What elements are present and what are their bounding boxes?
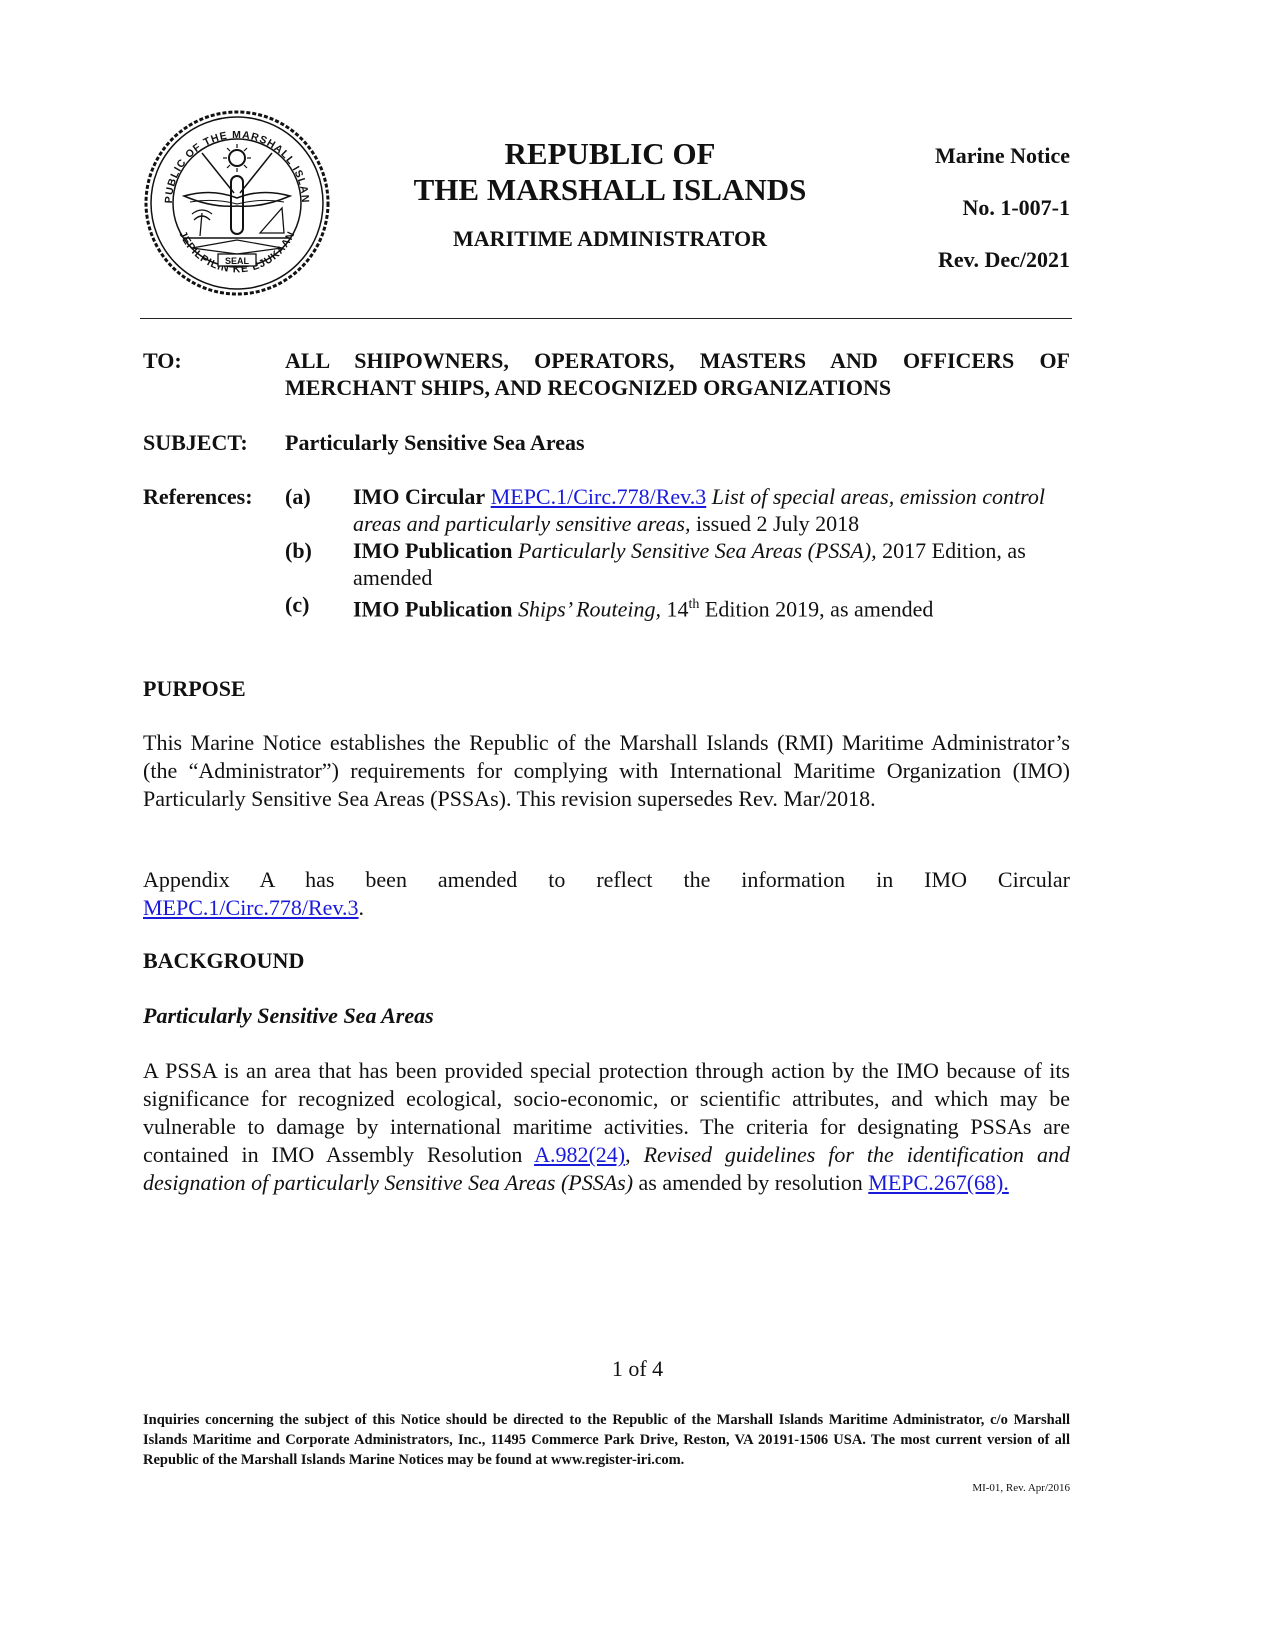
purpose-heading: PURPOSE [143,676,246,702]
header-divider [140,318,1072,319]
page-number: 1 of 4 [0,1356,1275,1382]
to-value: ALL SHIPOWNERS, OPERATORS, MASTERS AND O… [285,347,1070,401]
purpose-paragraph: This Marine Notice establishes the Repub… [143,729,1070,813]
resolution-a982-link[interactable]: A.982(24) [534,1142,625,1167]
svg-text:REPUBLIC OF THE MARSHALL ISLAN: REPUBLIC OF THE MARSHALL ISLANDS [142,108,311,204]
administrator-subtitle: MARITIME ADMINISTRATOR [400,226,820,252]
to-row: TO: ALL SHIPOWNERS, OPERATORS, MASTERS A… [143,347,1070,401]
notice-type: Marine Notice [935,143,1070,195]
letterhead-title: REPUBLIC OF THE MARSHALL ISLANDS MARITIM… [400,136,820,252]
pssa-subheading: Particularly Sensitive Sea Areas [143,1003,434,1029]
marshall-islands-seal: REPUBLIC OF THE MARSHALL ISLANDS JEPILPI… [142,108,332,298]
references: References: (a) IMO Circular MEPC.1/Circ… [143,483,1070,622]
title-line-2: THE MARSHALL ISLANDS [400,172,820,208]
appendix-paragraph: Appendix A has been amended to reflect t… [143,866,1070,922]
reference-c: (c) IMO Publication Ships’ Routeing, 14t… [285,591,1070,622]
reference-b: (b) IMO Publication Particularly Sensiti… [285,537,1070,591]
reference-a-link[interactable]: MEPC.1/Circ.778/Rev.3 [491,484,707,509]
notice-number: No. 1-007-1 [935,195,1070,247]
svg-text:SEAL: SEAL [225,256,250,266]
notice-meta: Marine Notice No. 1-007-1 Rev. Dec/2021 [935,143,1070,299]
to-label: TO: [143,347,182,374]
subject-value: Particularly Sensitive Sea Areas [285,429,1070,456]
appendix-circular-link[interactable]: MEPC.1/Circ.778/Rev.3 [143,895,359,920]
title-line-1: REPUBLIC OF [400,136,820,172]
resolution-mepc267-link[interactable]: MEPC.267(68). [868,1170,1009,1195]
reference-a: (a) IMO Circular MEPC.1/Circ.778/Rev.3 L… [285,483,1070,537]
background-heading: BACKGROUND [143,948,304,974]
republic-of-marshall-islands-seal-icon: REPUBLIC OF THE MARSHALL ISLANDS JEPILPI… [142,108,332,298]
references-label: References: [143,483,253,510]
footer-inquiries: Inquiries concerning the subject of this… [143,1410,1070,1470]
notice-revision: Rev. Dec/2021 [935,247,1070,299]
form-identifier: MI-01, Rev. Apr/2016 [972,1482,1070,1494]
subject-row: SUBJECT: Particularly Sensitive Sea Area… [143,429,1070,456]
pssa-paragraph: A PSSA is an area that has been provided… [143,1057,1070,1197]
subject-label: SUBJECT: [143,429,248,456]
svg-text:JEPILPILIN KE EJUKAAN: JEPILPILIN KE EJUKAAN [176,229,297,275]
